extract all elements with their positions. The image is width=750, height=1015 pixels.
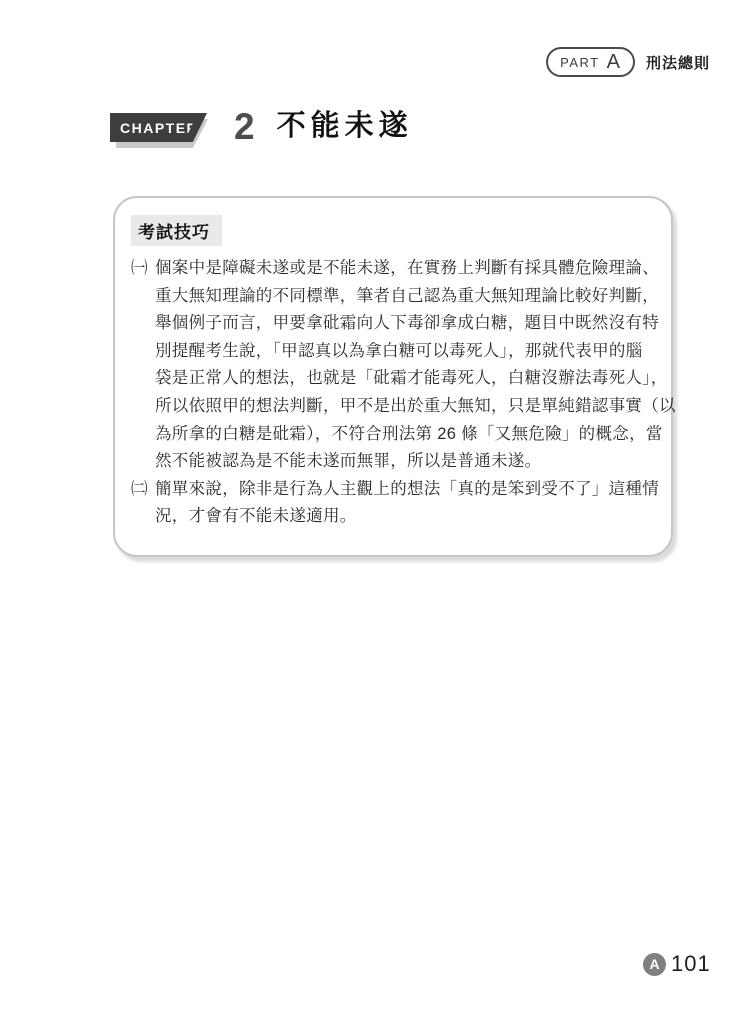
paragraph-2-marker: ㈡ <box>131 476 148 504</box>
tips-paragraph-1: ㈠ 個案中是障礙未遂或是不能未遂，在實務上判斷有採具體危險理論、 重大無知理論的… <box>131 255 653 476</box>
paragraph-2-text: 簡單來說，除非是行為人主觀上的想法「真的是笨到受不了」這種情 況，才會有不能未遂… <box>155 476 653 531</box>
section-title: 刑法總則 <box>646 52 710 73</box>
paragraph-1-marker: ㈠ <box>131 255 148 283</box>
page-number: 101 <box>671 951 711 977</box>
page-footer: A 101 <box>643 951 711 977</box>
paragraph-1-text: 個案中是障礙未遂或是不能未遂，在實務上判斷有採具體危險理論、 重大無知理論的不同… <box>155 255 653 476</box>
exam-tips-box: 考試技巧 ㈠ 個案中是障礙未遂或是不能未遂，在實務上判斷有採具體危險理論、 重大… <box>113 196 673 557</box>
chapter-title: 不能未遂 <box>277 110 413 143</box>
chapter-heading: CHAPTER 2 不能未遂 <box>110 108 413 145</box>
part-badge-label: PART <box>560 55 599 70</box>
footer-part-icon: A <box>643 953 666 976</box>
page-header: PART A 刑法總則 <box>546 47 710 77</box>
part-badge: PART A <box>546 47 635 77</box>
tips-paragraph-2: ㈡ 簡單來說，除非是行為人主觀上的想法「真的是笨到受不了」這種情 況，才會有不能… <box>131 476 653 531</box>
chapter-number: 2 <box>234 108 255 145</box>
part-badge-letter: A <box>607 52 620 72</box>
chapter-badge: CHAPTER <box>110 113 214 144</box>
tips-box-title: 考試技巧 <box>131 215 222 246</box>
